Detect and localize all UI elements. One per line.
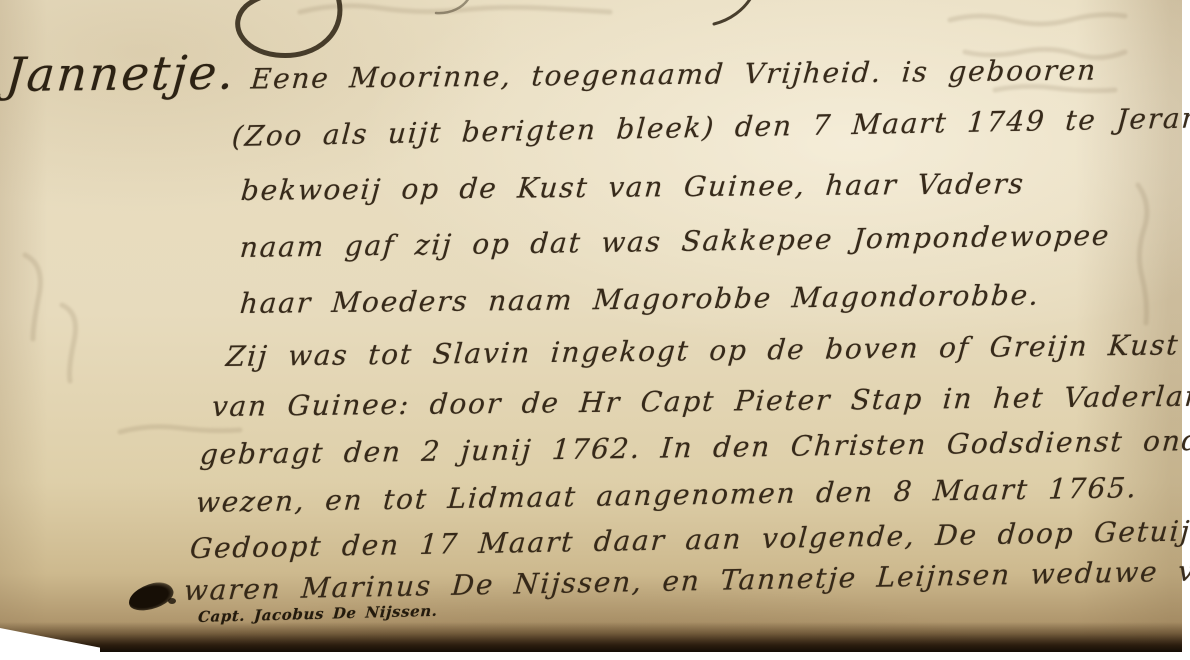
ghost-stroke: [25, 255, 40, 339]
entry-line: Jannetje. Eene Moorinne, toegenaamd Vrij…: [4, 37, 1100, 103]
ghost-stroke: [1138, 185, 1147, 323]
paper-page: Jannetje. Eene Moorinne, toegenaamd Vrij…: [0, 0, 1182, 652]
ghost-stroke: [62, 305, 76, 381]
entry-heading-name: Jannetje.: [4, 46, 238, 103]
ghost-stroke: [120, 427, 240, 432]
flourish-stroke: [714, 0, 752, 24]
flourish-stroke: [436, 0, 470, 13]
page-bottom-edge-shadow: [0, 622, 1182, 652]
ink-speck: [168, 598, 176, 604]
manuscript-photo: Jannetje. Eene Moorinne, toegenaamd Vrij…: [0, 0, 1190, 660]
entry-text: Eene Moorinne, toegenaamd Vrijheid. is g…: [250, 54, 1099, 96]
entry-line: bekwoeij op de Kust van Guinee, haar Vad…: [240, 167, 1026, 207]
